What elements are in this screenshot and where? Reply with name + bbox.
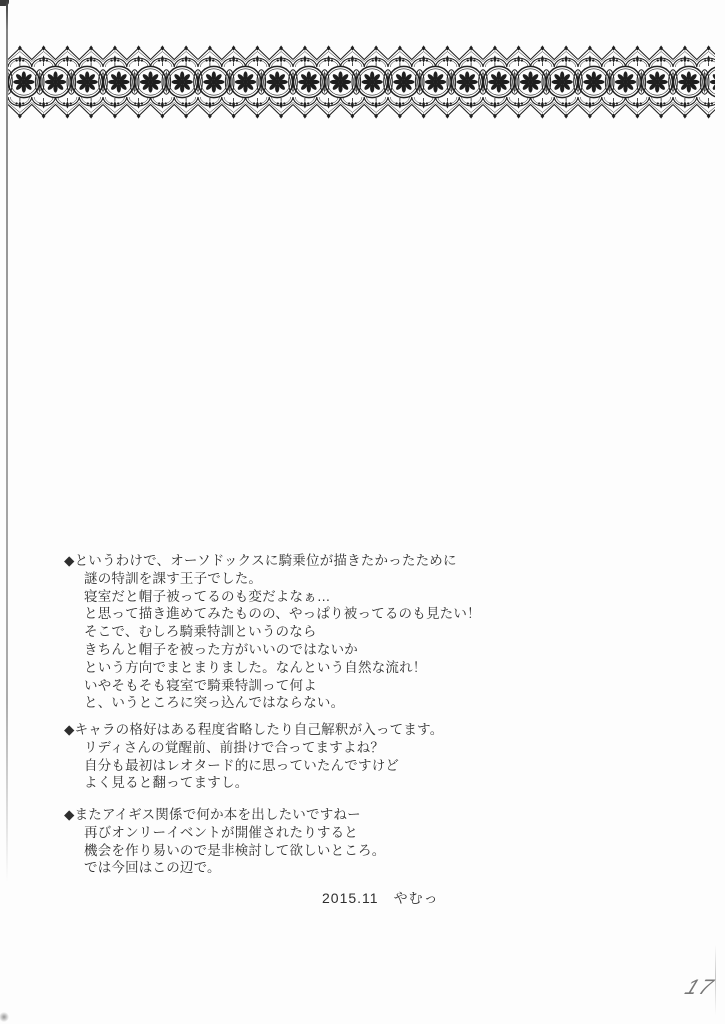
text-line: きちんと帽子を被った方がいいのではないか: [84, 641, 481, 659]
lace-ornament-border: [8, 45, 715, 119]
text-line: 寝室だと帽子被ってるのも変だよなぁ…: [84, 588, 481, 606]
signature-date: 2015.11 やむっ: [322, 888, 439, 908]
page-number: 17: [681, 976, 718, 1000]
text-line: という方向でまとまりました。なんという自然な流れ！: [84, 659, 481, 677]
afterword-paragraph-3: ◆またアイギス関係で何か本を出したいですねー 再びオンリーイベントが開催されたり…: [64, 806, 385, 877]
text-line: と、いうところに突っ込んではならない。: [84, 694, 481, 712]
scan-artifact-line-left: [6, 0, 8, 882]
text-line: ◆またアイギス関係で何か本を出したいですねー: [64, 806, 385, 824]
afterword-paragraph-1: ◆というわけで、オーソドックスに騎乗位が描きたかったために 謎の特訓を課す王子で…: [64, 552, 481, 712]
text-line: では今回はこの辺で。: [84, 859, 385, 877]
scan-speck: [0, 1012, 10, 1022]
text-line: 謎の特訓を課す王子でした。: [84, 570, 481, 588]
text-line: いやそもそも寝室で騎乗特訓って何よ: [84, 677, 481, 695]
afterword-paragraph-2: ◆キャラの格好はある程度省略したり自己解釈が入ってます。 リディさんの覚醒前、前…: [64, 721, 443, 792]
text-line: ◆キャラの格好はある程度省略したり自己解釈が入ってます。: [64, 721, 443, 739]
text-line: よく見ると翻ってますし。: [84, 774, 443, 792]
text-line: 自分も最初はレオタード的に思っていたんですけど: [84, 757, 443, 775]
text-line: そこで、むしろ騎乗特訓というのなら: [84, 623, 481, 641]
text-line: 機会を作り易いので是非検討して欲しいところ。: [84, 842, 385, 860]
text-line: と思って描き進めてみたものの、やっぱり被ってるのも見たい！: [84, 605, 481, 623]
text-line: リディさんの覚醒前、前掛けで合ってますよね？: [84, 739, 443, 757]
scanned-page: ◆というわけで、オーソドックスに騎乗位が描きたかったために 謎の特訓を課す王子で…: [0, 0, 725, 1024]
text-line: 再びオンリーイベントが開催されたりすると: [84, 824, 385, 842]
text-line: ◆というわけで、オーソドックスに騎乗位が描きたかったために: [64, 552, 481, 570]
